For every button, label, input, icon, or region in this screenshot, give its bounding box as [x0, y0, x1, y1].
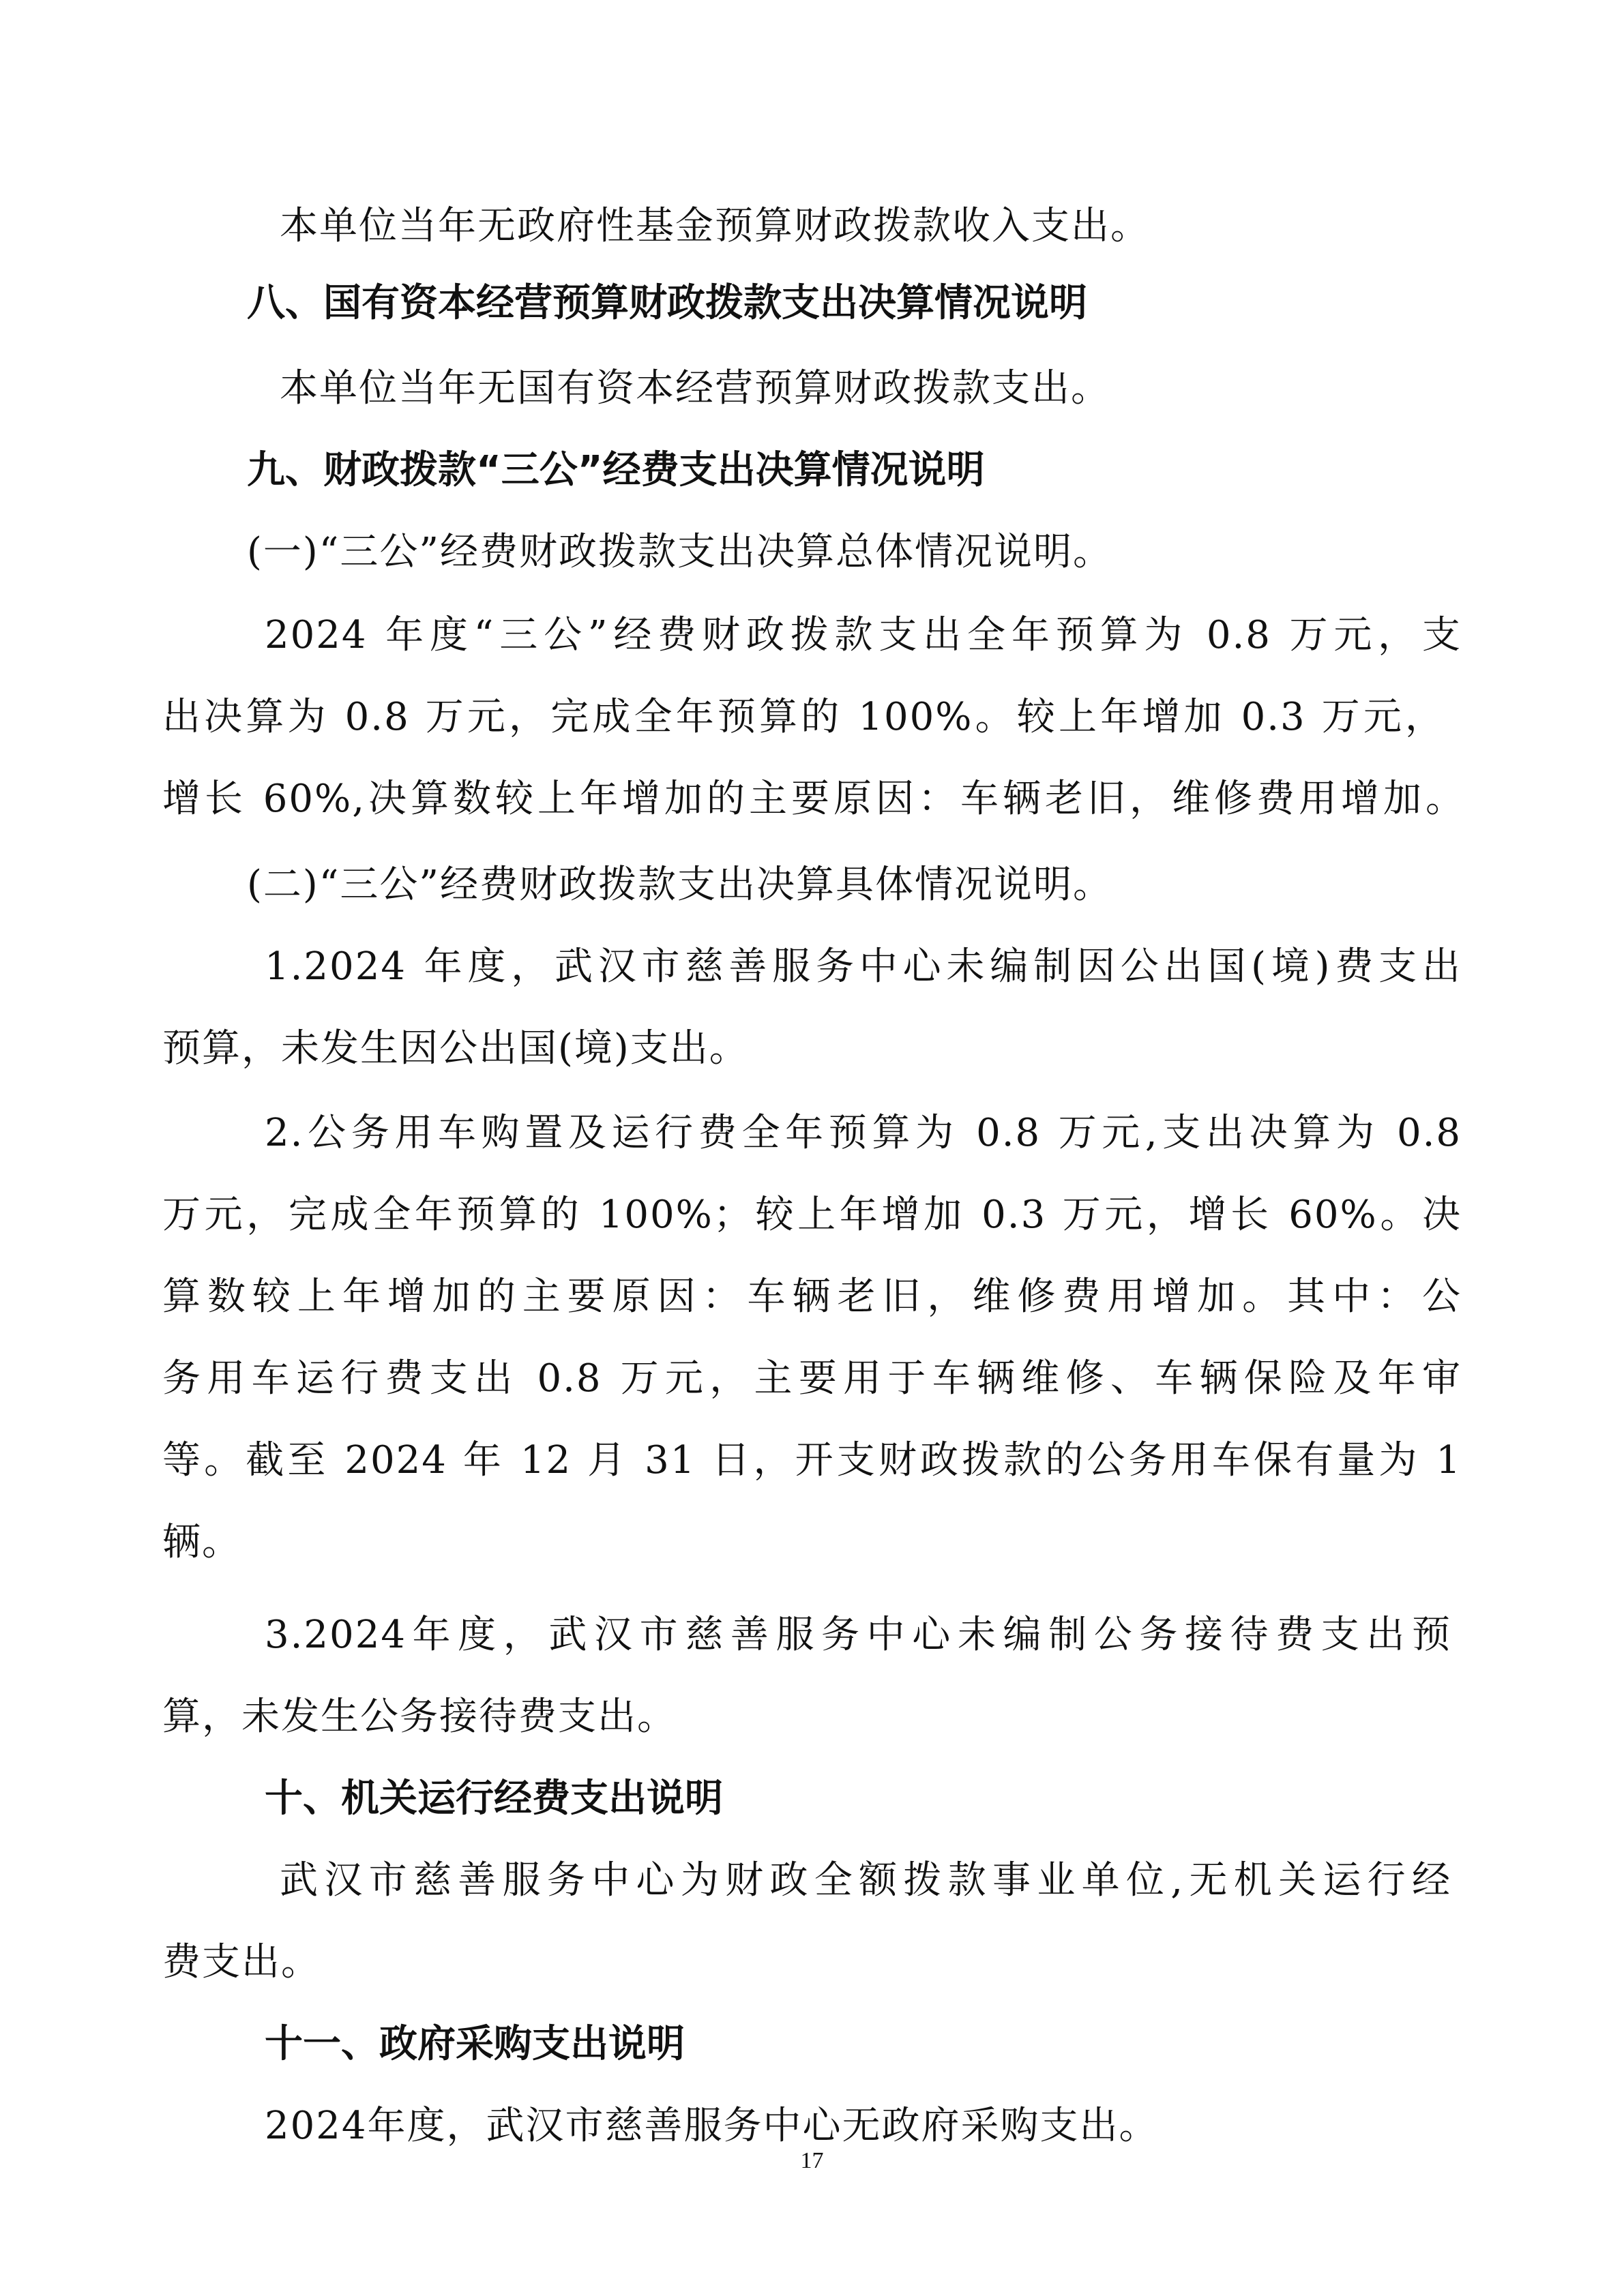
section-heading-8: 八、国有资本经营预算财政拨款支出决算情况说明	[247, 276, 1087, 331]
paragraph-line: 本单位当年无政府性基金预算财政拨款收入支出。	[280, 199, 1150, 254]
subsection-heading-2: (二)“三公”经费财政拨款支出决算具体情况说明。	[247, 858, 1112, 912]
paragraph-line: 费支出。	[162, 1935, 321, 1990]
paragraph-line: 1.2024 年度，武汉市慈善服务中心未编制因公出国(境)费支出	[265, 940, 1462, 994]
page-number: 17	[0, 2148, 1624, 2174]
paragraph-line: 本单位当年无国有资本经营预算财政拨款支出。	[280, 361, 1110, 416]
section-heading-11: 十一、政府采购支出说明	[265, 2017, 685, 2072]
paragraph-line: 增长 60%,决算数较上年增加的主要原因：车辆老旧，维修费用增加。	[162, 772, 1465, 826]
paragraph-line: 算数较上年增加的主要原因：车辆老旧，维修费用增加。其中：公	[162, 1270, 1462, 1324]
paragraph-line: 辆。	[162, 1515, 241, 1570]
subsection-heading-1: (一)“三公”经费财政拨款支出决算总体情况说明。	[247, 525, 1112, 580]
section-heading-9: 九、财政拨款“三公”经费支出决算情况说明	[247, 443, 985, 498]
paragraph-line: 2024年度，武汉市慈善服务中心无政府采购支出。	[265, 2099, 1159, 2153]
paragraph-line: 预算，未发生因公出国(境)支出。	[162, 1022, 749, 1076]
section-heading-10: 十、机关运行经费支出说明	[265, 1772, 723, 1826]
paragraph-line: 2024 年度“三公”经费财政拨款支出全年预算为 0.8 万元，支	[265, 608, 1462, 663]
paragraph-line: 算，未发生公务接待费支出。	[162, 1690, 677, 1744]
paragraph-line: 等。截至 2024 年 12 月 31 日，开支财政拨款的公务用车保有量为 1	[162, 1433, 1462, 1488]
paragraph-line: 出决算为 0.8 万元，完成全年预算的 100%。较上年增加 0.3 万元，	[162, 690, 1445, 745]
paragraph-line: 务用车运行费支出 0.8 万元，主要用于车辆维修、车辆保险及年审	[162, 1352, 1462, 1406]
paragraph-line: 万元，完成全年预算的 100%；较上年增加 0.3 万元，增长 60%。决	[162, 1188, 1462, 1242]
document-page: 本单位当年无政府性基金预算财政拨款收入支出。 八、国有资本经营预算财政拨款支出决…	[0, 0, 1624, 2296]
paragraph-line: 武汉市慈善服务中心为财政全额拨款事业单位,无机关运行经	[280, 1853, 1451, 1908]
paragraph-line: 3.2024年度，武汉市慈善服务中心未编制公务接待费支出预	[265, 1608, 1451, 1663]
paragraph-line: 2.公务用车购置及运行费全年预算为 0.8 万元,支出决算为 0.8	[265, 1106, 1462, 1161]
